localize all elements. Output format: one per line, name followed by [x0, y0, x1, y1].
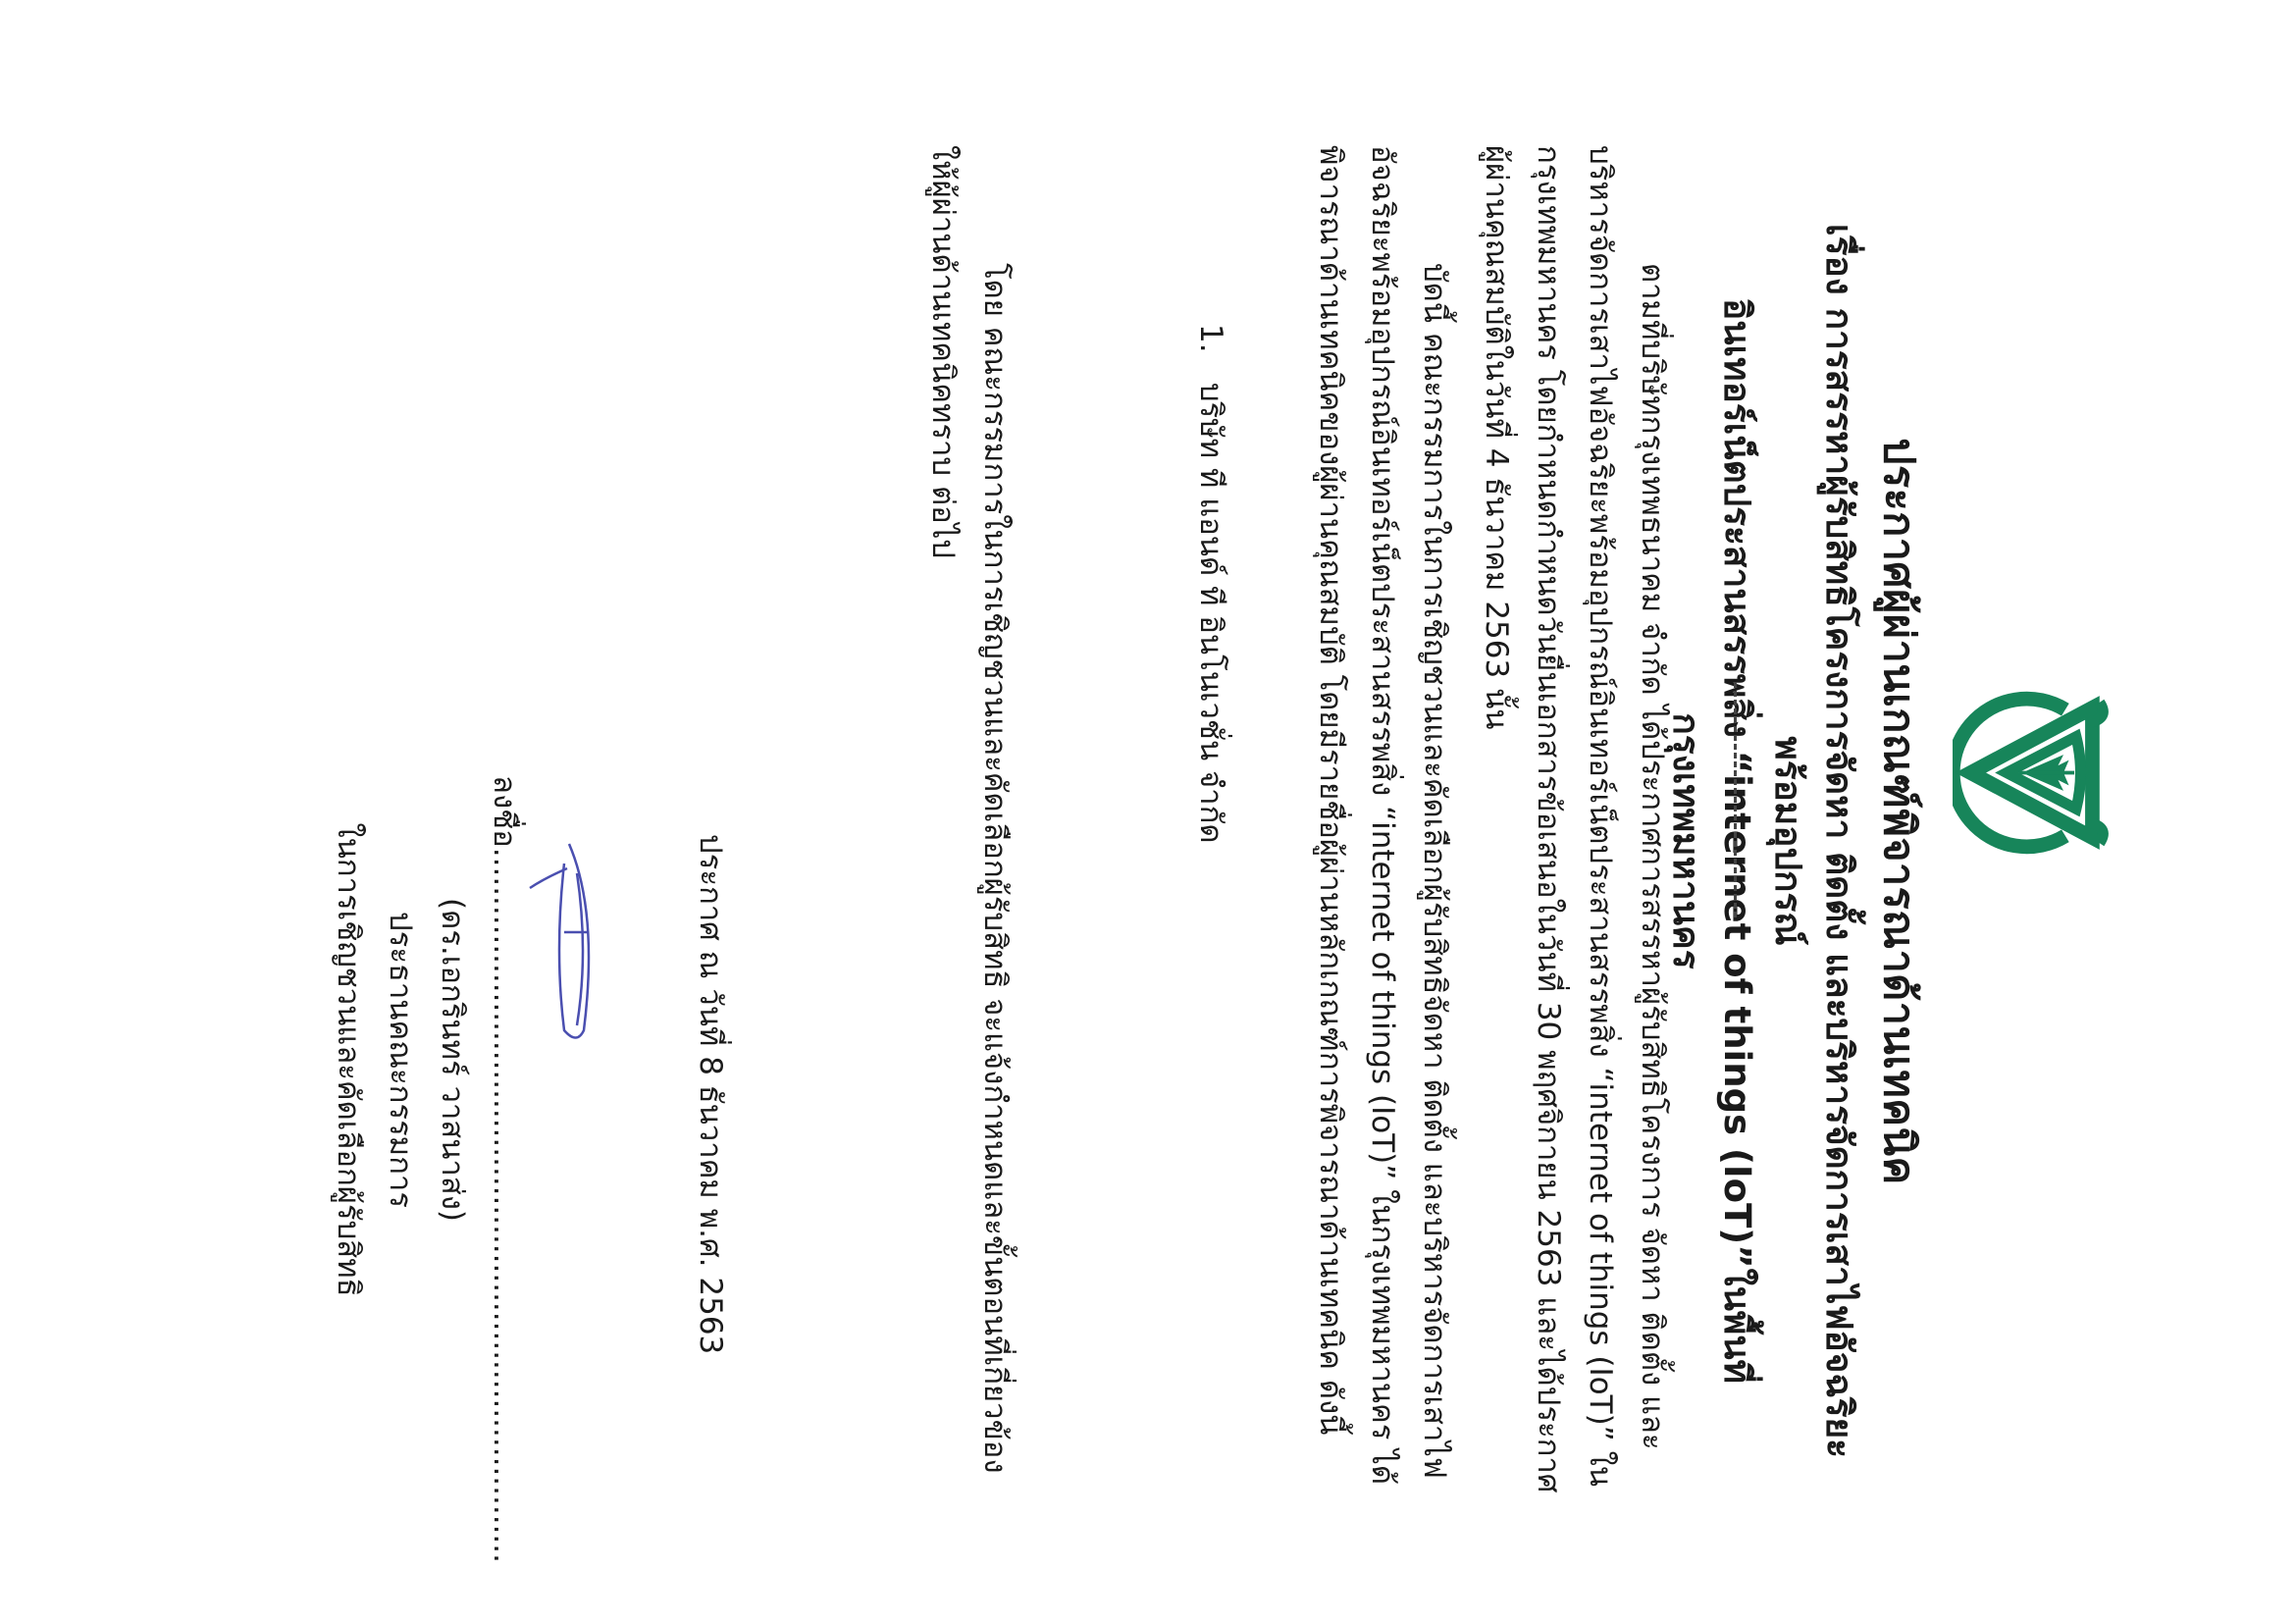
signer-name: (ดร.เอกรินทร์ วาสนาส่ง) — [426, 716, 478, 1403]
document-page: ประกาศผู้ผ่านเกณฑ์พิจารณาด้านเทคนิค เรื่… — [0, 0, 2296, 1623]
signature-line: ลงชื่อ..................................… — [478, 775, 530, 1403]
body: ตามที่บริษัทกรุงเทพธนาคม จำกัด ได้ประกาศ… — [1304, 145, 1678, 1495]
handwritten-signature-icon — [520, 834, 638, 1050]
list-item: 1. บริษัท ที แอนด์ ที อินโนเวชั่น จำกัด — [1187, 324, 1236, 843]
list-item-name: บริษัท ที แอนด์ ที อินโนเวชั่น จำกัด — [1193, 383, 1228, 844]
signer-committee: ในการเชิญชวนและคัดเลือกผู้รับสิทธิ — [322, 716, 374, 1403]
paragraph-1: ตามที่บริษัทกรุงเทพธนาคม จำกัด ได้ประกาศ… — [1470, 145, 1678, 1495]
closing-paragraph: โดย คณะกรรมการในการเชิญชวนและคัดเลือกผู้… — [916, 145, 1020, 1495]
list-item-number: 1. — [1193, 324, 1228, 373]
page-title: ประกาศผู้ผ่านเกณฑ์พิจารณาด้านเทคนิค — [1866, 0, 1933, 1623]
paragraph-2: บัดนี้ คณะกรรมการในการเชิญชวนและคัดเลือก… — [1304, 145, 1460, 1495]
passed-list: 1. บริษัท ที แอนด์ ที อินโนเวชั่น จำกัด — [1187, 324, 1236, 843]
announce-date: ประกาศ ณ วันที่ 8 ธันวาคม พ.ศ. 2563 — [687, 834, 736, 1354]
organization-logo-icon — [1953, 682, 2119, 864]
subject-line-1: เรื่อง การสรรหาผู้รับสิทธิโครงการจัดหา ต… — [1762, 196, 1864, 1486]
signer-position: ประธานคณะกรรมการ — [374, 716, 426, 1403]
signature-block: ลงชื่อ..................................… — [322, 716, 530, 1403]
subject: เรื่อง การสรรหาผู้รับสิทธิโครงการจัดหา ต… — [1660, 196, 1864, 1486]
divider — [1734, 682, 1737, 917]
